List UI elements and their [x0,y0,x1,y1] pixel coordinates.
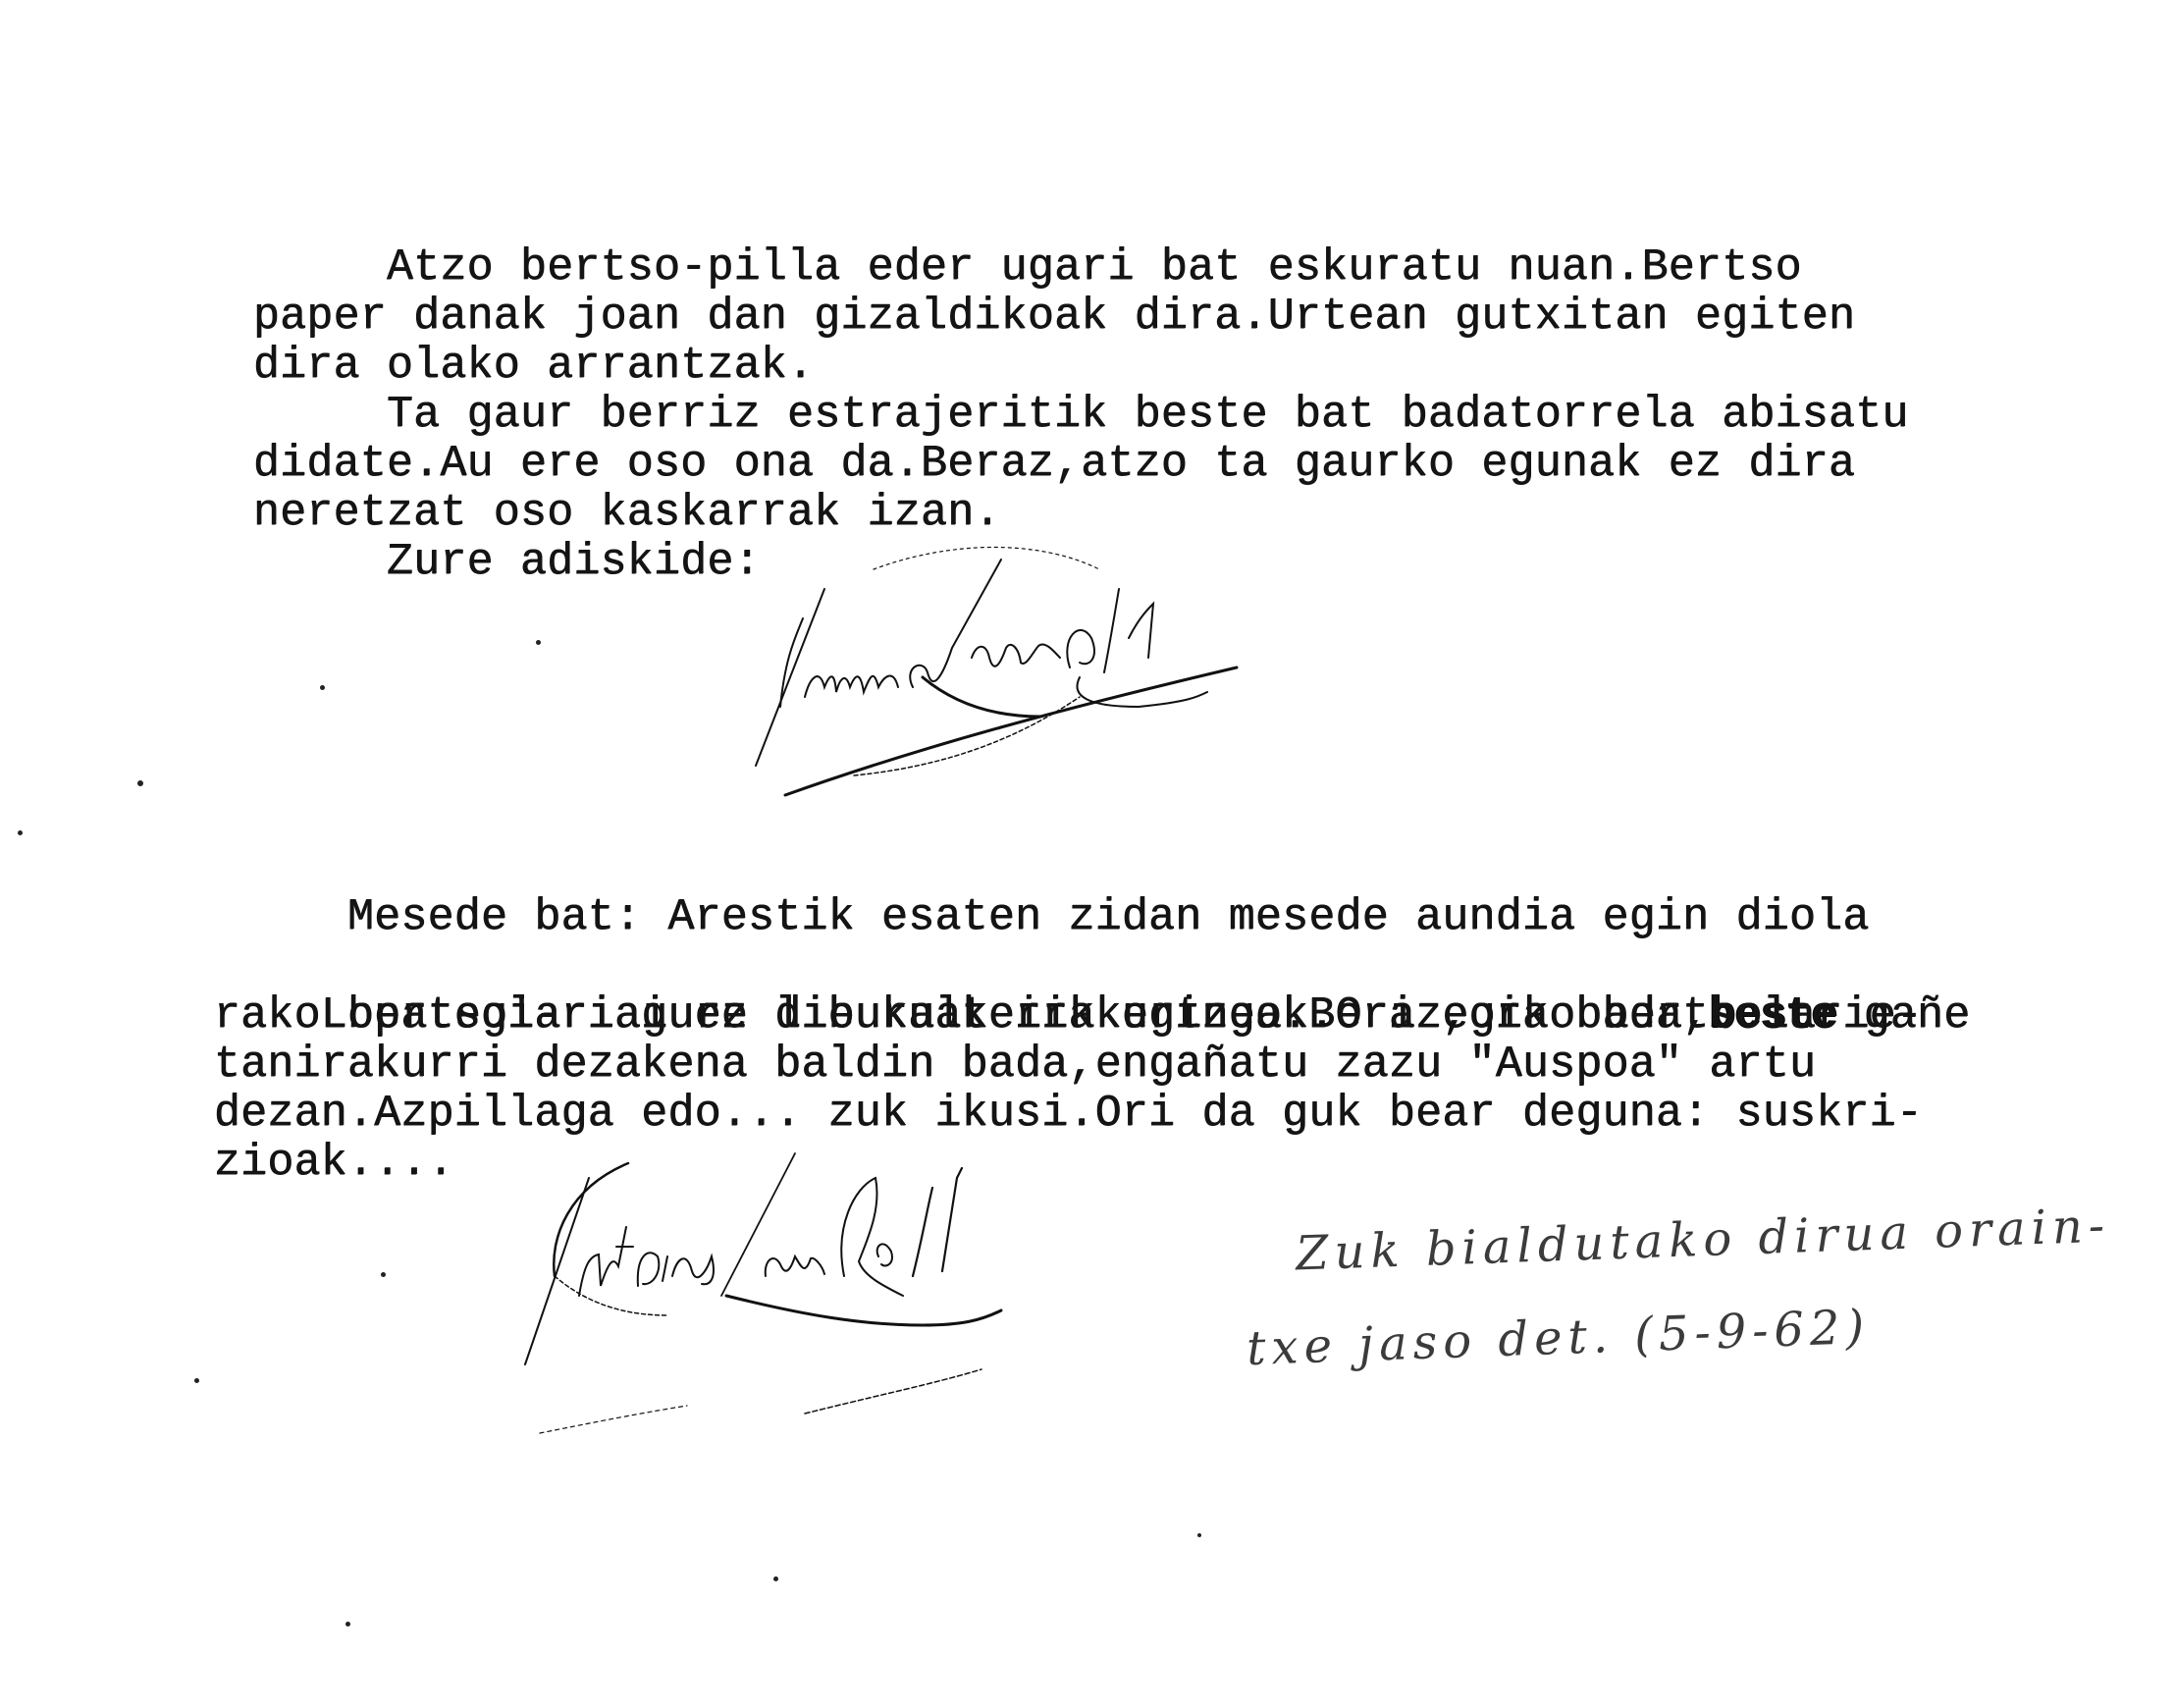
paragraph-2-line-1: Ta gaur berriz estrajeritik beste bat ba… [253,391,1909,440]
scan-speck [773,1576,778,1581]
signature-1 [726,530,1433,815]
paragraph-1-line-1: Atzo bertso-pilla eder ugari bat eskurat… [253,243,1802,293]
handwritten-note-line-1: Zuk bialdutako dirua orain- [1295,1199,2111,1282]
postscript-line-6: zioak.... [214,1139,454,1188]
postscript-line-3: rako bertsolariai ez die kalterik egingo… [214,991,1923,1041]
scan-speck [536,640,541,645]
paragraph-2-line-2: didate.Au ere oso ona da.Beraz,atzo ta g… [253,440,1855,489]
signature-2 [510,1148,1217,1443]
postscript-line-5: dezan.Azpillaga edo... zuk ikusi.Ori da … [214,1090,1923,1139]
postscript-line-4: tanirakurri dezakena baldin bada,engañat… [214,1041,1816,1090]
scan-speck [345,1622,350,1627]
scan-speck [194,1378,199,1383]
closing-line: Zure adiskide: [253,538,761,587]
paragraph-2-line-3: neretzat oso kaskarrak izan. [253,489,1001,538]
paragraph-1-line-3: dira olako arrantzak. [253,342,814,391]
scan-speck [320,685,325,690]
paragraph-1-line-2: paper danak joan dan gizaldikoak dira.Ur… [253,293,1855,342]
scan-speck [1197,1533,1201,1537]
postscript-line-1: Mesede bat: Arestik esaten zidan mesede … [214,893,1870,942]
scan-speck [381,1272,386,1277]
scan-speck [18,830,23,835]
handwritten-note-line-2: txe jaso det. (5-9-62) [1246,1300,1871,1376]
scan-speck [137,780,143,786]
